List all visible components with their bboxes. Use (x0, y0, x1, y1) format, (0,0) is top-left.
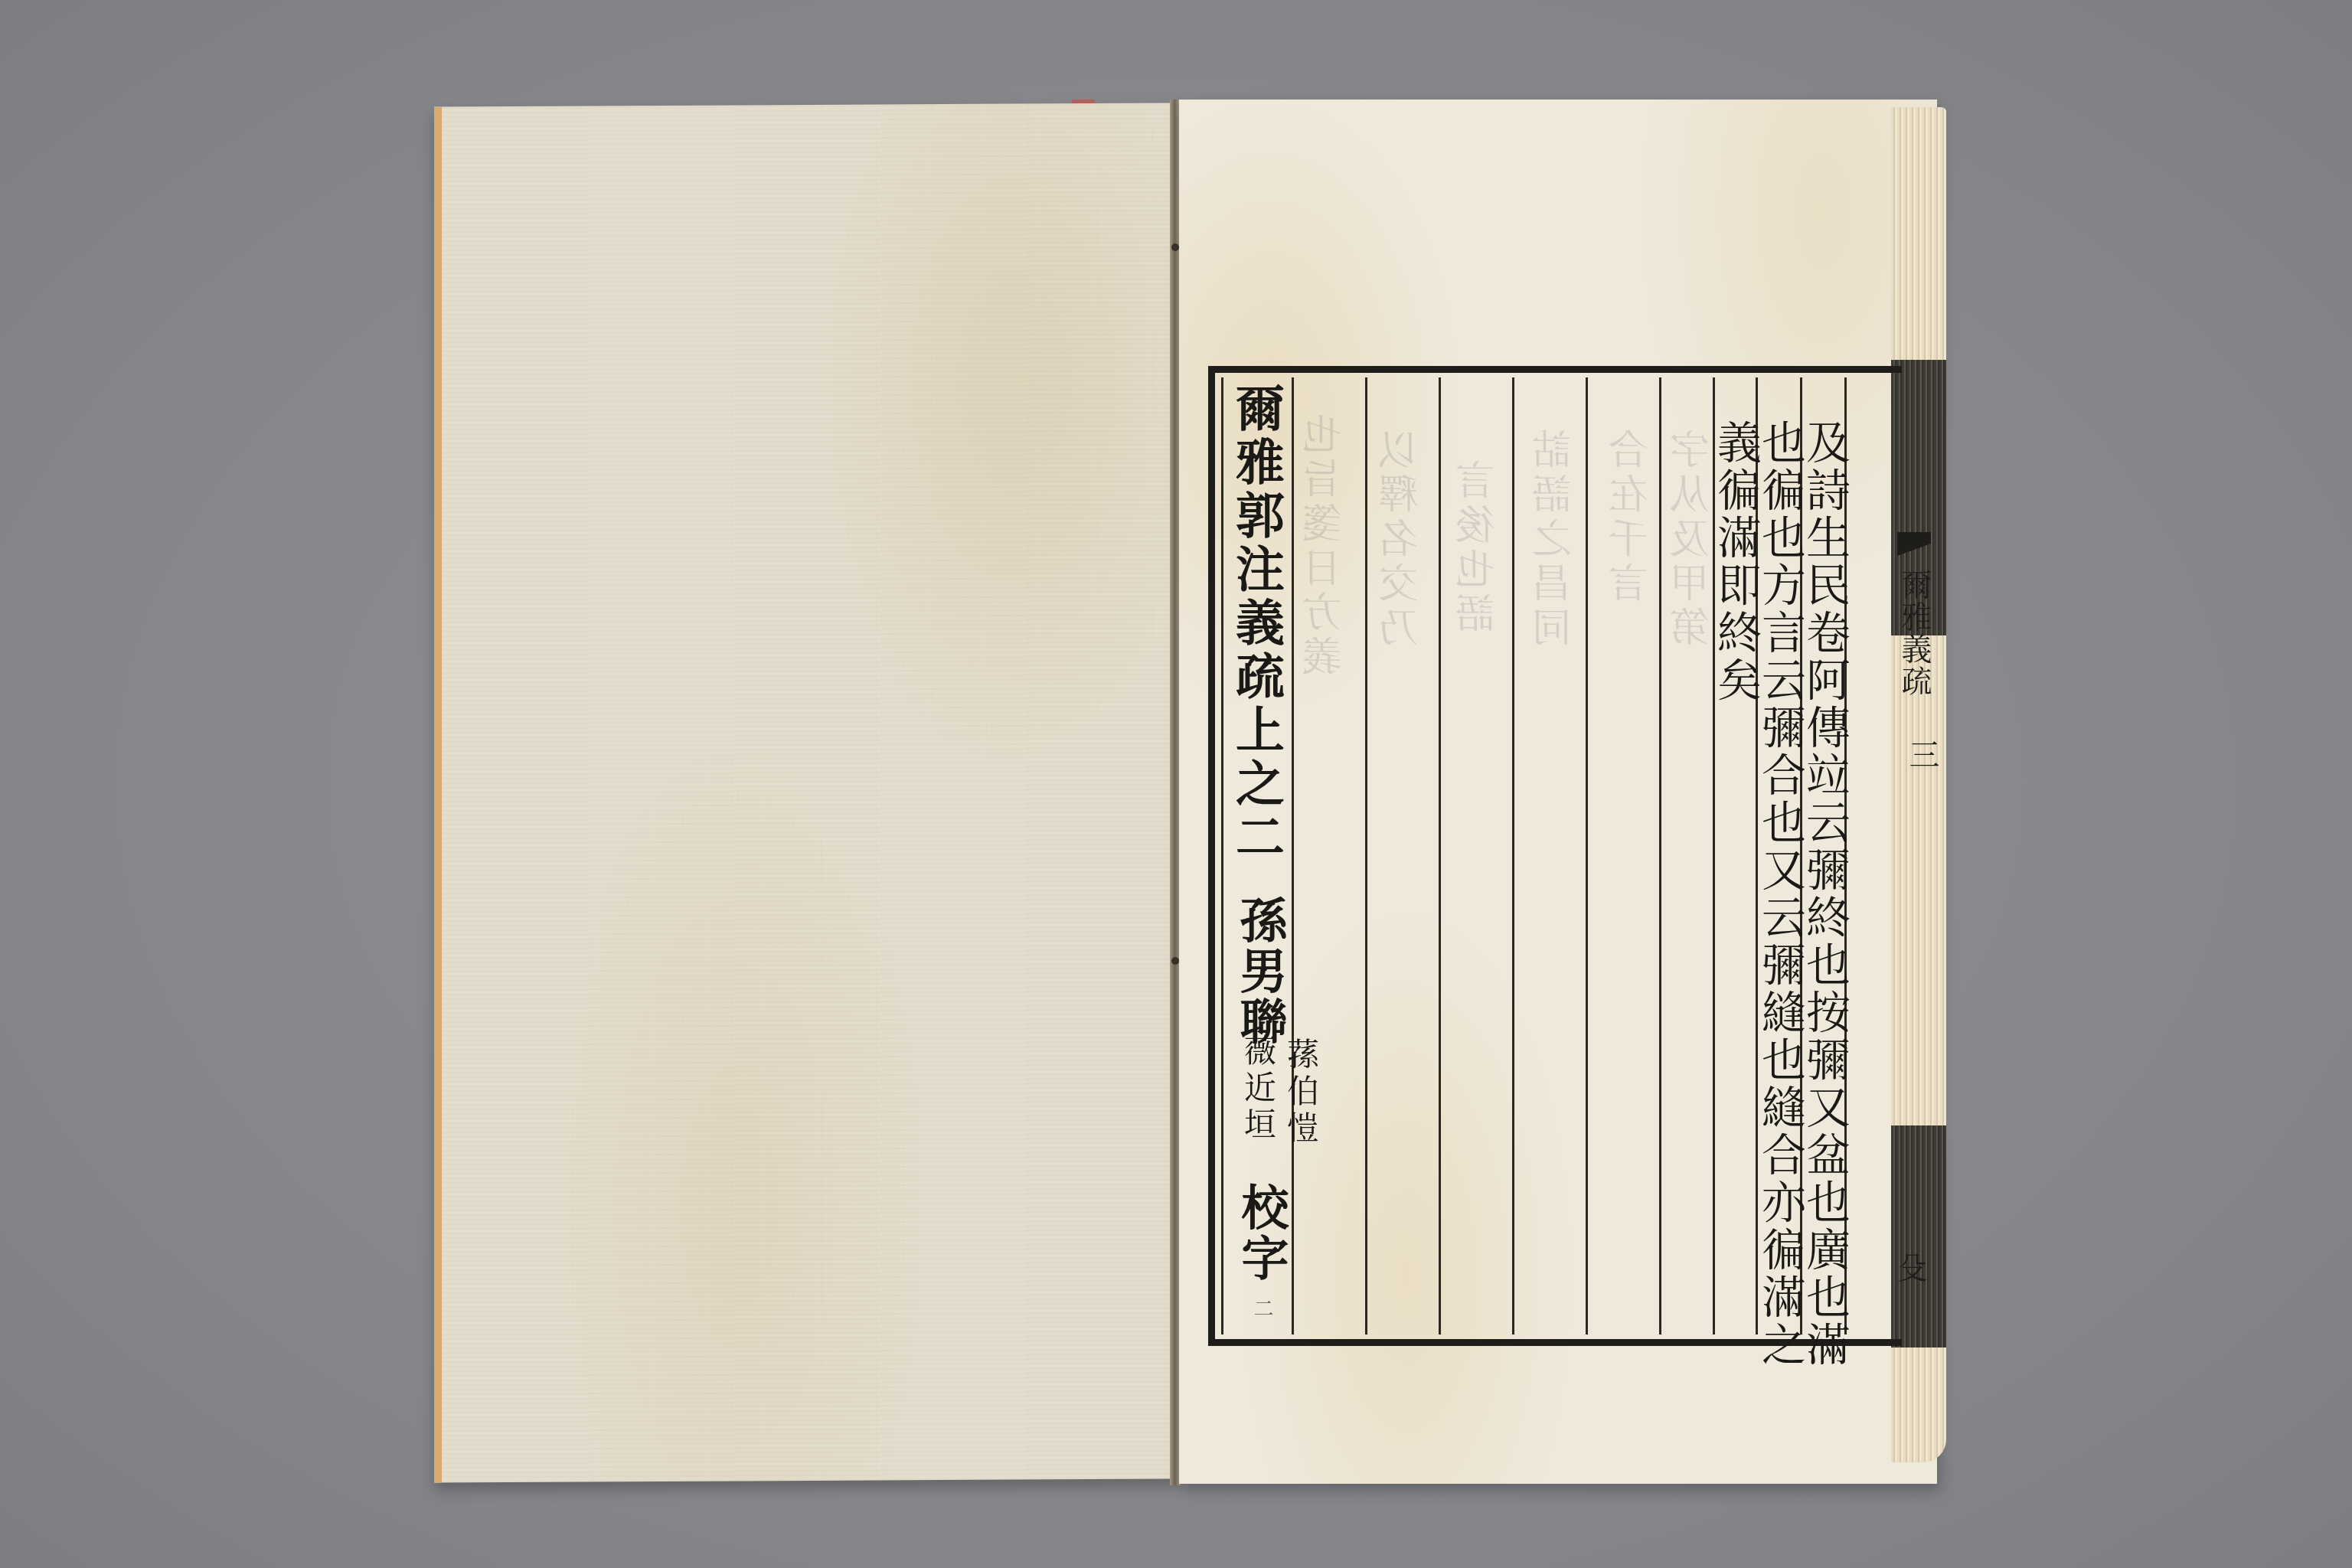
column-rule (1512, 377, 1514, 1334)
chapter-title: 爾雅郭注義疏上之二 (1225, 383, 1286, 865)
banxin-center-column: 爾雅義疏 三 殳 (1897, 532, 1934, 1344)
stitch-hole (1171, 243, 1179, 251)
banxin-title: 爾雅義疏 (1897, 569, 1931, 697)
stitch-hole (1171, 957, 1179, 965)
left-page-blank (434, 103, 1181, 1482)
column-rule (1439, 377, 1441, 1334)
banxin-lower-fragment: 殳 (1897, 1244, 1928, 1288)
text-column-3: 義徧滿即終矣 (1710, 420, 1761, 704)
column-rule (1659, 377, 1661, 1334)
collator-small-right: 蓀伯愷 (1283, 1037, 1318, 1148)
column-rule (1586, 377, 1588, 1334)
collation-label: 校字 (1234, 1183, 1288, 1284)
column-rule (1365, 377, 1367, 1334)
text-column-1: 及詩生民卷阿傳竝云彌終也按彌又盆也廣也滿 (1799, 420, 1850, 1369)
text-column-2: 也徧也方言云彌合也又云彌縫也縫合亦徧滿之 (1755, 420, 1805, 1369)
banxin-section-number: 三 (1900, 739, 1944, 769)
column-rule (1292, 377, 1294, 1334)
fishtail-mark-icon (1897, 532, 1931, 563)
leaf-number-mark: 二 (1248, 1298, 1276, 1318)
red-ink-mark (1072, 100, 1095, 103)
collator-name: 孫男聯 (1233, 896, 1286, 1047)
open-book: 也旨箋日方義 以釋名交乃 言後也語 詁語之昌同 合在千言 字从及甲第 爾雅郭注義… (0, 0, 2352, 1568)
collator-small-left: 薇近垣 (1240, 1034, 1276, 1144)
